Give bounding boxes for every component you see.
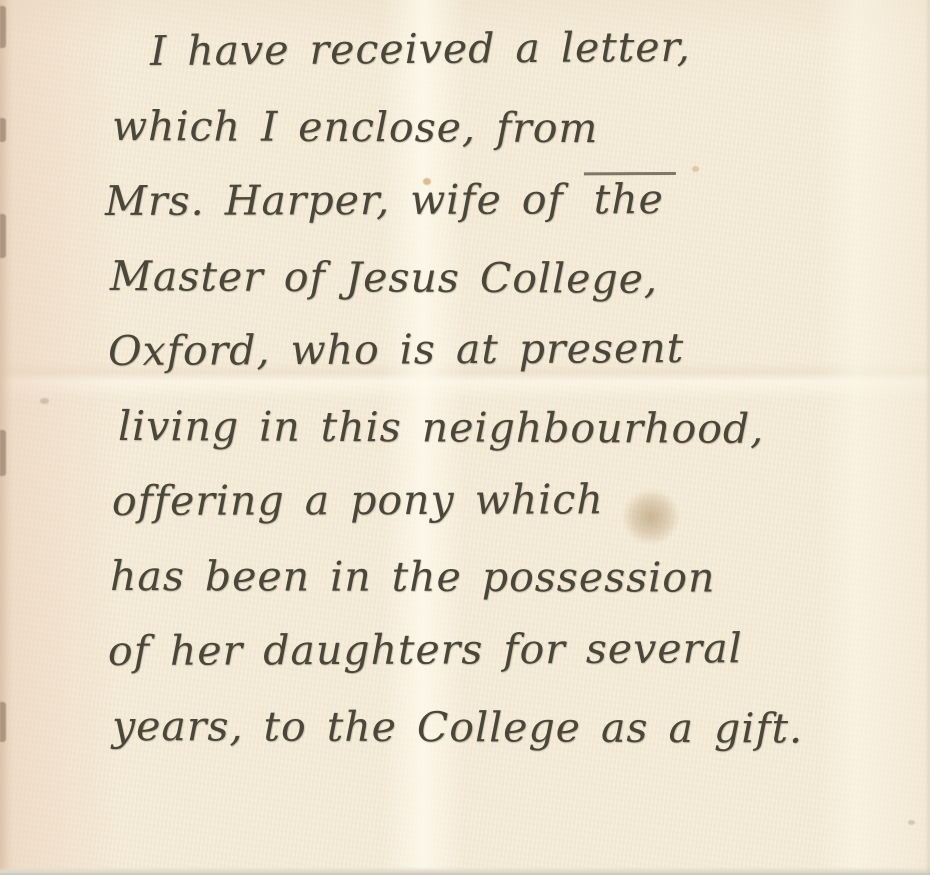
handwritten-line: offering a pony which: [112, 461, 930, 539]
letter-page: I have received a letter, which I enclos…: [0, 0, 930, 875]
handwritten-line: years, to the College as a gift.: [112, 689, 930, 767]
handwritten-line: has been in the possession: [110, 539, 930, 616]
letter-body: I have received a letter, which I enclos…: [0, 14, 930, 764]
handwritten-line: I have received a letter,: [150, 8, 930, 89]
paper-speck: [908, 820, 915, 825]
handwritten-line: living in this neighbourhood,: [118, 389, 930, 468]
overlined-word: the: [584, 172, 676, 223]
handwritten-line: Mrs. Harper, wife of the: [105, 161, 930, 239]
handwritten-line: Master of Jesus College,: [110, 239, 930, 318]
paper-speck: [423, 178, 431, 185]
handwritten-line: Oxford, who is at present: [108, 310, 930, 389]
paper-speck: [40, 398, 49, 404]
line-text: Mrs. Harper, wife of: [105, 175, 564, 225]
handwritten-line: of her daughters for several: [108, 610, 930, 689]
paper-bottom-edge: [0, 867, 930, 875]
handwritten-line: which I enclose, from: [112, 89, 930, 168]
paper-speck: [692, 166, 699, 172]
